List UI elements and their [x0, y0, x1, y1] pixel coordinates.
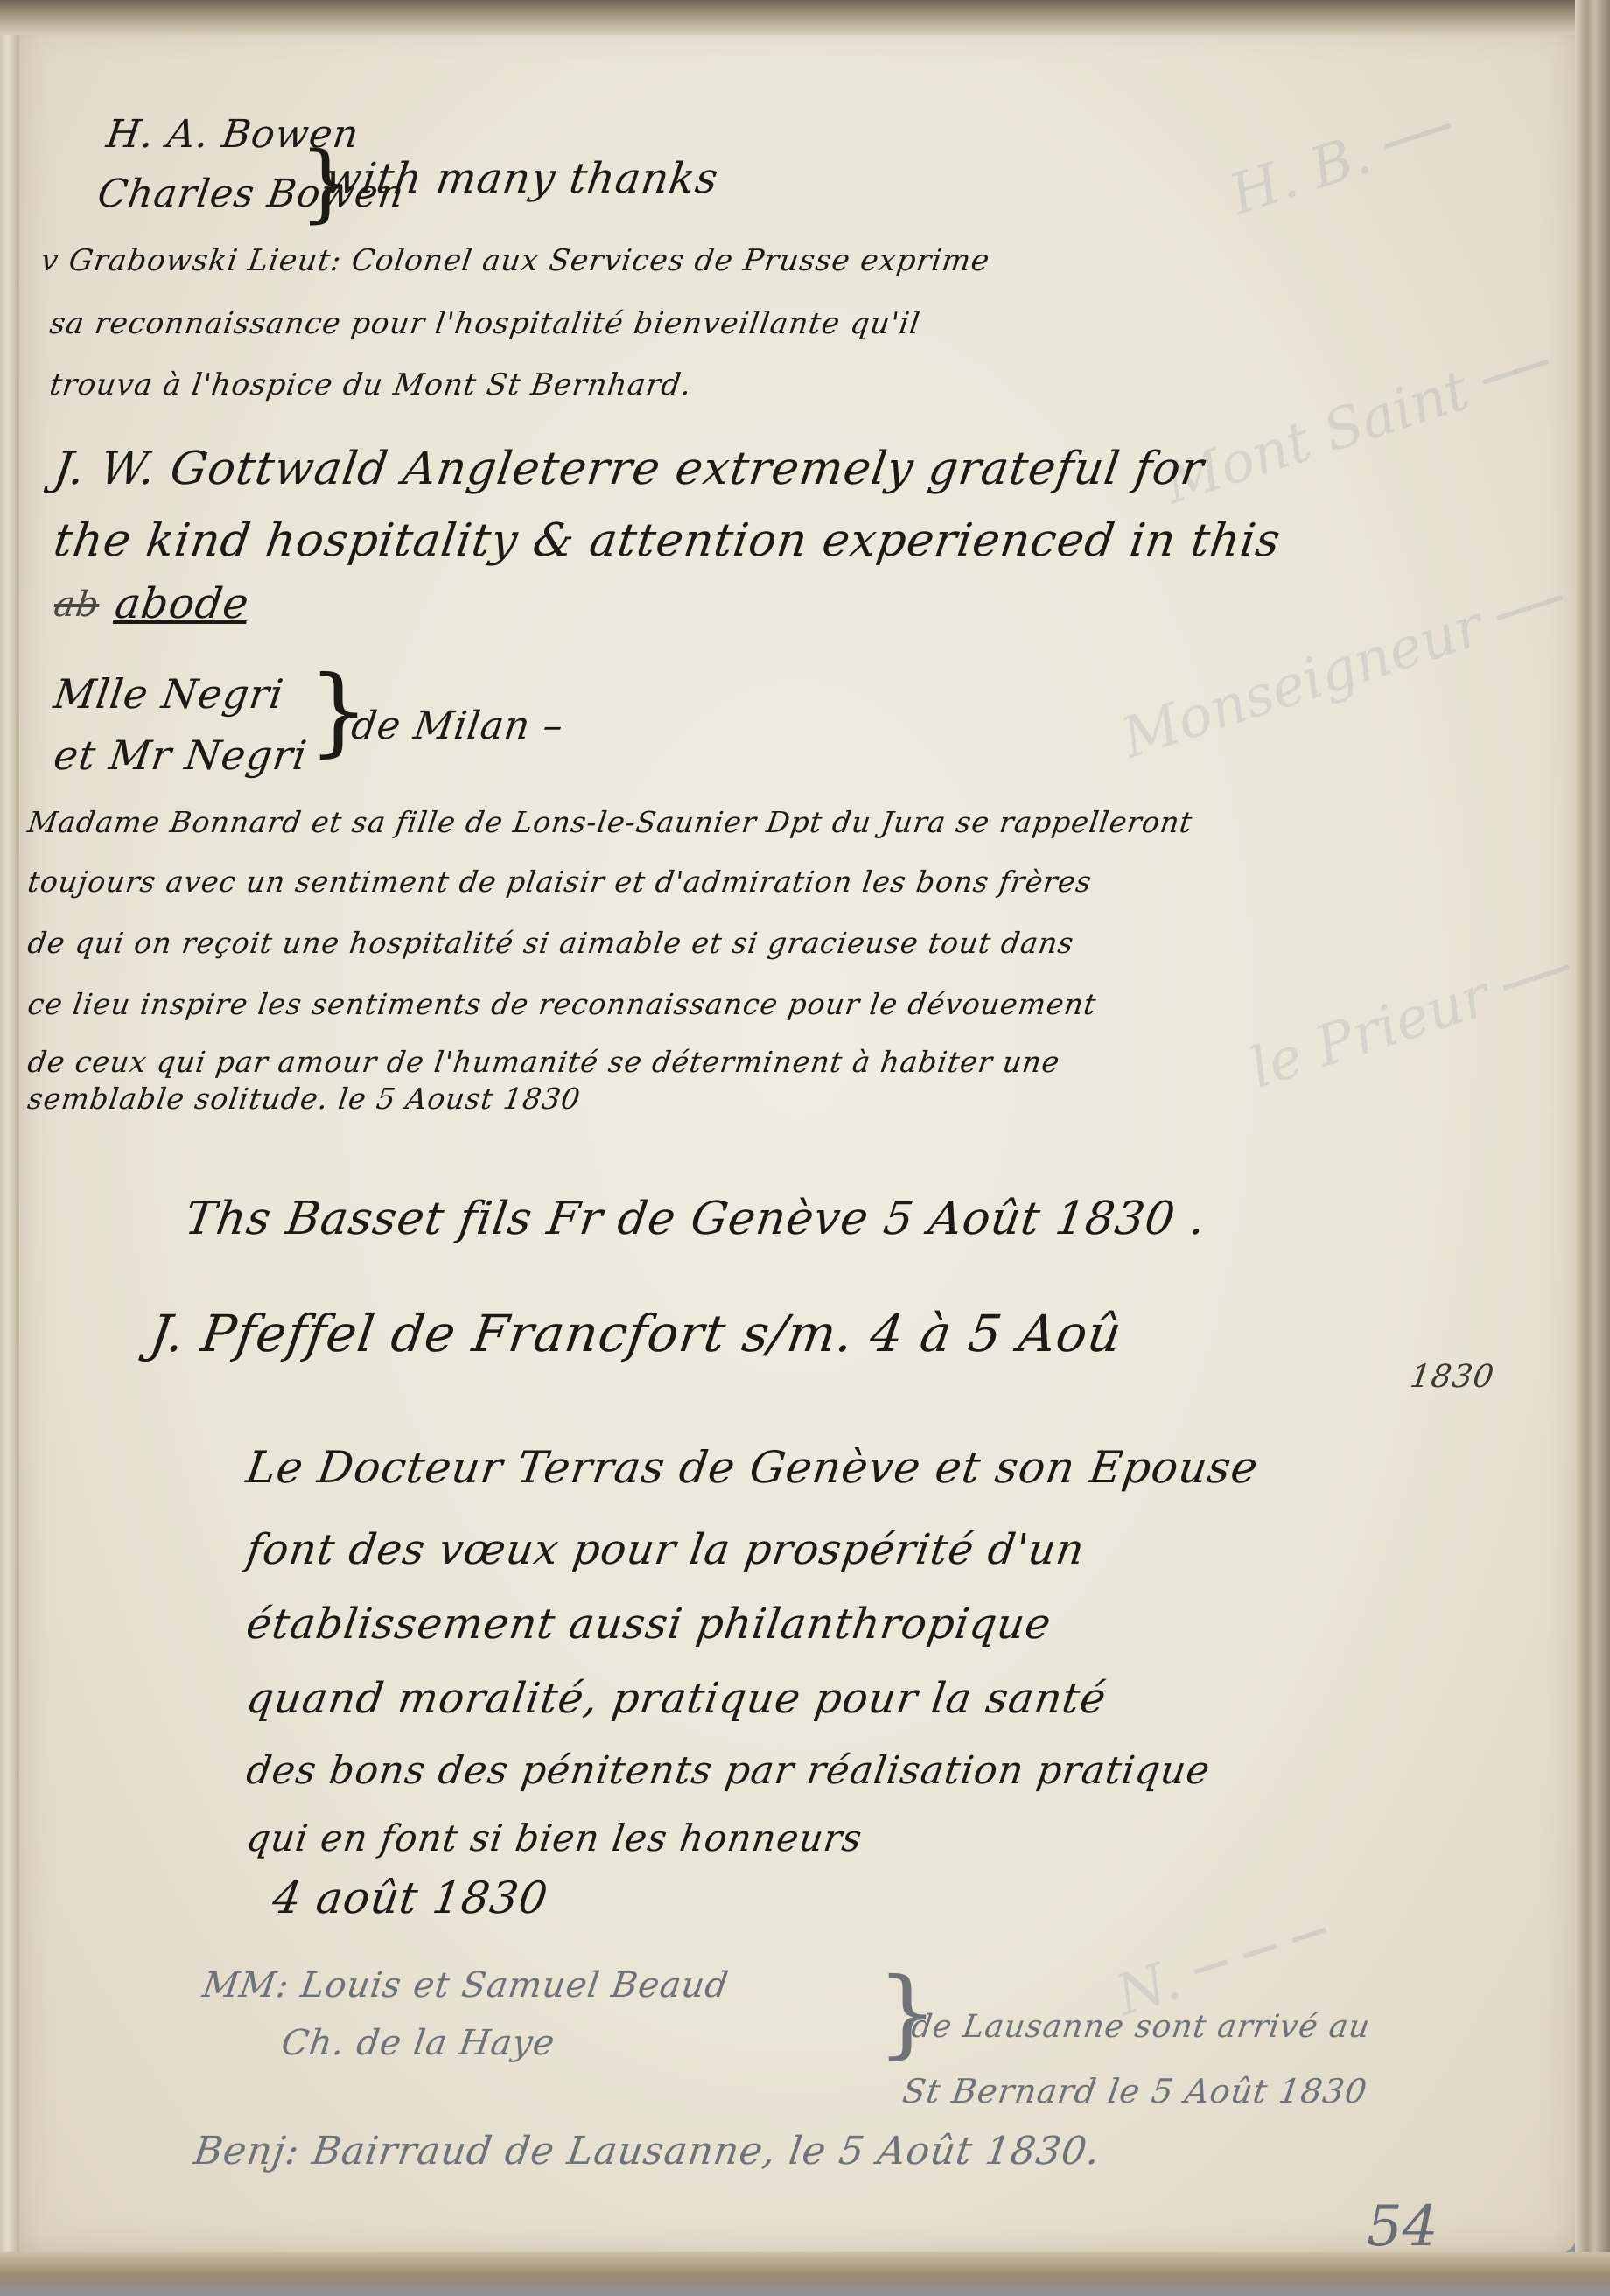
- entry-note: de Milan –: [348, 703, 566, 748]
- entry-text-line: de qui on reçoit une hospitalité si aima…: [25, 926, 1076, 960]
- entry-text-line: Madame Bonnard et sa fille de Lons-le-Sa…: [25, 805, 1194, 839]
- entry-text-line: semblable solitude. le 5 Aoust 1830: [25, 1081, 583, 1116]
- entry-text-line: des bons des pénitents par réalisation p…: [243, 1748, 1213, 1793]
- signature-name: Mlle Negri: [51, 670, 287, 717]
- page-top-edge: [0, 0, 1610, 35]
- page-bottom-edge: [0, 2252, 1610, 2296]
- entry-date: 1830: [1408, 1359, 1496, 1395]
- entry-text-line: établissement aussi philanthropique: [243, 1599, 1054, 1648]
- bleed-through-text: H. B. ──: [1222, 95, 1459, 227]
- entry-text-line: v Grabowski Lieut: Colonel aux Services …: [38, 243, 992, 278]
- manuscript-page: H. B. ── Mont Saint ── Monseigneur ── le…: [19, 24, 1577, 2254]
- entry-text-line: font des vœux pour la prospérité d'un: [243, 1525, 1088, 1574]
- signature-name: et Mr Negri: [51, 731, 310, 779]
- entry-text-line: sa reconnaissance pour l'hospitalité bie…: [47, 306, 922, 341]
- bleed-through-text: Monseigneur ──: [1114, 568, 1571, 772]
- signature-name: MM: Louis et Samuel Beaud: [200, 1965, 731, 2005]
- entry-text-line: Le Docteur Terras de Genève et son Epous…: [243, 1442, 1262, 1493]
- page-stack-right-edge: [1575, 0, 1610, 2296]
- entry-date: 4 août 1830: [269, 1872, 551, 1923]
- entry-text-line: J. W. Gottwald Angleterre extremely grat…: [51, 443, 1207, 495]
- signature-line: Ths Basset fils Fr de Genève 5 Août 1830…: [182, 1193, 1209, 1245]
- entry-text-line: the kind hospitality & attention experie…: [51, 514, 1284, 567]
- entry-text-line: abode: [112, 579, 252, 628]
- struck-word: ab: [52, 584, 102, 625]
- entry-note: St Bernard le 5 Août 1830: [900, 2072, 1370, 2110]
- entry-note: de Lausanne sont arrivé au: [909, 2009, 1373, 2045]
- entry-text-line: de ceux qui par amour de l'humanité se d…: [25, 1045, 1062, 1079]
- page-number: 54: [1367, 2194, 1438, 2259]
- entry-note: with many thanks: [322, 154, 722, 203]
- signature-name: Ch. de la Haye: [279, 2023, 558, 2063]
- signature-line: Benj: Bairraud de Lausanne, le 5 Août 18…: [191, 2129, 1103, 2173]
- entry-text-line: ce lieu inspire les sentiments de reconn…: [25, 987, 1099, 1021]
- bleed-through-text: le Prieur ──: [1242, 937, 1578, 1102]
- signature-line: J. Pfeffel de Francfort s/m. 4 à 5 Aoû: [146, 1304, 1125, 1363]
- entry-text-line: toujours avec un sentiment de plaisir et…: [25, 864, 1094, 899]
- entry-text-line: qui en font si bien les honneurs: [244, 1816, 865, 1859]
- entry-text-line: quand moralité, pratique pour la santé: [243, 1674, 1109, 1723]
- book-binding-edge: [0, 0, 19, 2296]
- entry-text-line: trouva à l'hospice du Mont St Bernhard.: [47, 367, 694, 402]
- bleed-through-text: Mont Saint ──: [1157, 332, 1558, 517]
